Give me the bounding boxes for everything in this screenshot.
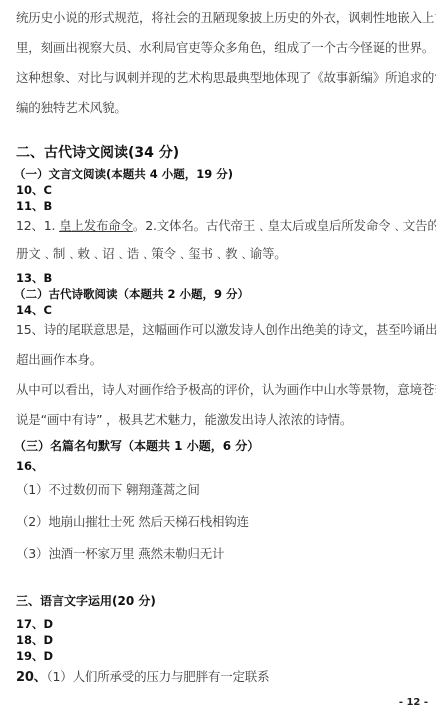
answer-20-number: 20、 xyxy=(16,670,47,685)
answer-14: 14、C xyxy=(16,302,52,318)
paragraph-1-line-2: 里，刻画出视察大员、水利局官吏等众多角色，组成了一个古今怪诞的世界。 xyxy=(16,40,434,56)
part-3-title: （三）名篇名句默写（本题共 1 小题，6 分） xyxy=(14,438,259,454)
paragraph-2-line-2: 编的独特艺术风貌。 xyxy=(16,100,127,116)
part-1-title: （一）文言文阅读(本题共 4 小题，19 分) xyxy=(14,166,233,182)
page-number: - 12 - xyxy=(399,697,428,708)
answer-17: 17、D xyxy=(16,616,53,632)
part-2-title: （二）古代诗歌阅读（本题共 2 小题，9 分） xyxy=(14,286,249,302)
answer-20-text: （1）人们所承受的压力与肥胖有一定联系 xyxy=(47,669,270,684)
answer-10: 10、C xyxy=(16,182,52,198)
answer-12-line-1: 12、1. 皇上发布命令。2.文体名。古代帝王﹑皇太后或皇后所发命令﹑文告的总称… xyxy=(16,218,436,234)
answer-15-line-3: 从中可以看出，诗人对画作给予极高的评价，认为画作中山水等景物，意境苍茫阔远，可以 xyxy=(16,382,436,398)
answer-19: 19、D xyxy=(16,648,53,664)
section-2-title: 二、古代诗文阅读(34 分) xyxy=(16,145,179,161)
answer-15-line-2: 超出画作本身。 xyxy=(16,352,102,368)
answer-15-line-4: 说是“画中有诗” ，极具艺术魅力，能激发出诗人浓浓的诗情。 xyxy=(16,412,352,428)
answer-12-line-2: 册文﹑制﹑敕﹑诏﹑诰﹑策令﹑玺书﹑教﹑谕等。 xyxy=(16,246,287,262)
answer-16-item-1: （1）不过数仞而下 翱翔蓬蒿之间 xyxy=(16,482,200,498)
paragraph-1-line-1: 统历史小说的形式规范，将社会的丑陋现象披上历史的外衣，讽刺性地嵌入上古的神话氛围 xyxy=(16,10,436,26)
answer-12-rest: 。2.文体名。古代帝王﹑皇太后或皇后所发命令﹑文告的总称。包括 xyxy=(133,218,436,233)
answer-20: 20、（1）人们所承受的压力与肥胖有一定联系 xyxy=(16,669,269,686)
paragraph-2-line-1: 这种想象、对比与讽刺并现的艺术构思最典型地体现了《故事新编》所追求的“故”事 “… xyxy=(16,70,436,86)
answer-11: 11、B xyxy=(16,198,52,214)
answer-16-item-3: （3）浊酒一杯家万里 燕然未勒归无计 xyxy=(16,546,224,562)
answer-12-prefix: 12、1. xyxy=(16,218,59,233)
answer-16-item-2: （2）地崩山摧壮士死 然后天梯石栈相钩连 xyxy=(16,514,249,530)
answer-13: 13、B xyxy=(16,270,52,286)
answer-12-underlined: 皇上发布命令 xyxy=(59,218,133,233)
answer-16: 16、 xyxy=(16,458,44,474)
section-3-title: 三、语言文字运用(20 分) xyxy=(16,593,156,609)
answer-15-line-1: 15、诗的尾联意思是，这幅画作可以激发诗人创作出绝美的诗文，甚至吟诵出的诗文远远 xyxy=(16,322,436,338)
answer-18: 18、D xyxy=(16,632,53,648)
